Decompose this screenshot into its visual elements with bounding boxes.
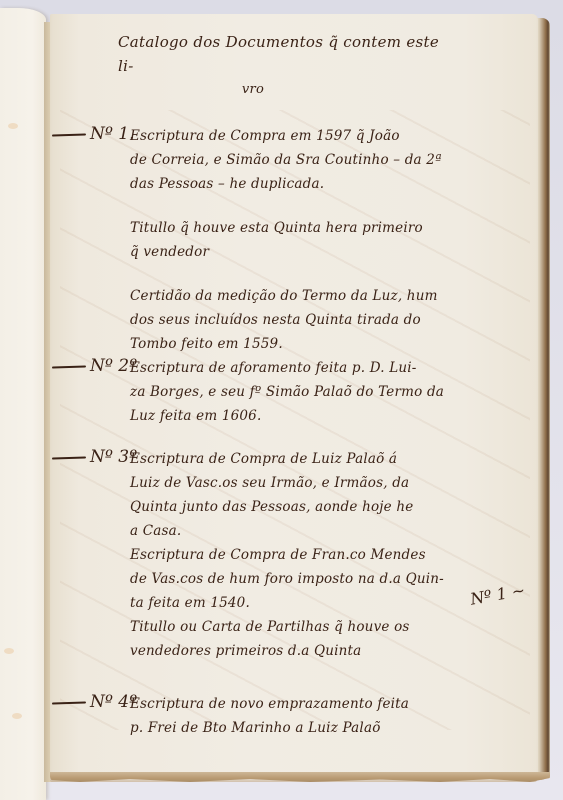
paper-stain [8, 123, 18, 129]
paper-stain [12, 713, 22, 719]
entry-number: Nº 4º [52, 692, 137, 712]
entry-text: Escriptura de novo emprazamento feita p.… [130, 692, 510, 740]
flourish-icon [52, 701, 86, 704]
entry-text: Escriptura de aforamento feita p. D. Lui… [130, 356, 510, 428]
text-line: vendedores primeiros d.a Quinta [130, 639, 510, 663]
text-line: Titullo ou Carta de Partilhas q̃ houve o… [130, 615, 510, 639]
entry-number: Nº 2º [52, 356, 137, 376]
entry-number: Nº 1. [52, 124, 135, 144]
text-line: de Vas.cos de hum foro imposto na d.a Qu… [130, 567, 510, 591]
entry-text: Escriptura de Compra em 1597 q̃ João de … [130, 124, 510, 356]
text-line: Certidão da medição do Termo da Luz, hum [130, 284, 510, 308]
text-line: dos seus incluídos nesta Quinta tirada d… [130, 308, 510, 332]
text-line: a Casa. [130, 519, 510, 543]
page-title: Catalogo dos Documentos q̃ contem este l… [118, 30, 448, 102]
flourish-icon [52, 133, 86, 136]
text-line: p. Frei de Bto Marinho a Luiz Palaõ [130, 716, 510, 740]
flourish-icon [52, 456, 86, 459]
entry-text: Escriptura de Compra de Luiz Palaõ á Lui… [130, 447, 510, 663]
text-line: Escriptura de Compra em 1597 q̃ João [130, 124, 510, 148]
text-line: Escriptura de Compra de Fran.co Mendes [130, 543, 510, 567]
text-line: q̃ vendedor [130, 240, 510, 264]
text-line: de Correia, e Simão da Sra Coutinho – da… [130, 148, 510, 172]
entry-number: Nº 3º [52, 447, 137, 467]
text-line: za Borges, e seu fº Simão Palaõ do Termo… [130, 380, 510, 404]
text-line: Titullo q̃ houve esta Quinta hera primei… [130, 216, 510, 240]
text-line: Escriptura de aforamento feita p. D. Lui… [130, 356, 510, 380]
text-line: ta feita em 1540. [130, 591, 510, 615]
title-line-2: vro [118, 78, 448, 102]
text-line: Luz feita em 1606. [130, 404, 510, 428]
text-line: Escriptura de novo emprazamento feita [130, 692, 510, 716]
left-facing-page [0, 8, 46, 800]
text-line: Luiz de Vasc.os seu Irmão, e Irmãos, da [130, 471, 510, 495]
text-line: Escriptura de Compra de Luiz Palaõ á [130, 447, 510, 471]
text-line: Quinta junto das Pessoas, aonde hoje he [130, 495, 510, 519]
paper-stain [4, 648, 14, 654]
text-line: das Pessoas – he duplicada. [130, 172, 510, 196]
flourish-icon [52, 365, 86, 368]
text-line: Tombo feito em 1559. [130, 332, 510, 356]
title-line-1: Catalogo dos Documentos q̃ contem este l… [118, 33, 439, 75]
